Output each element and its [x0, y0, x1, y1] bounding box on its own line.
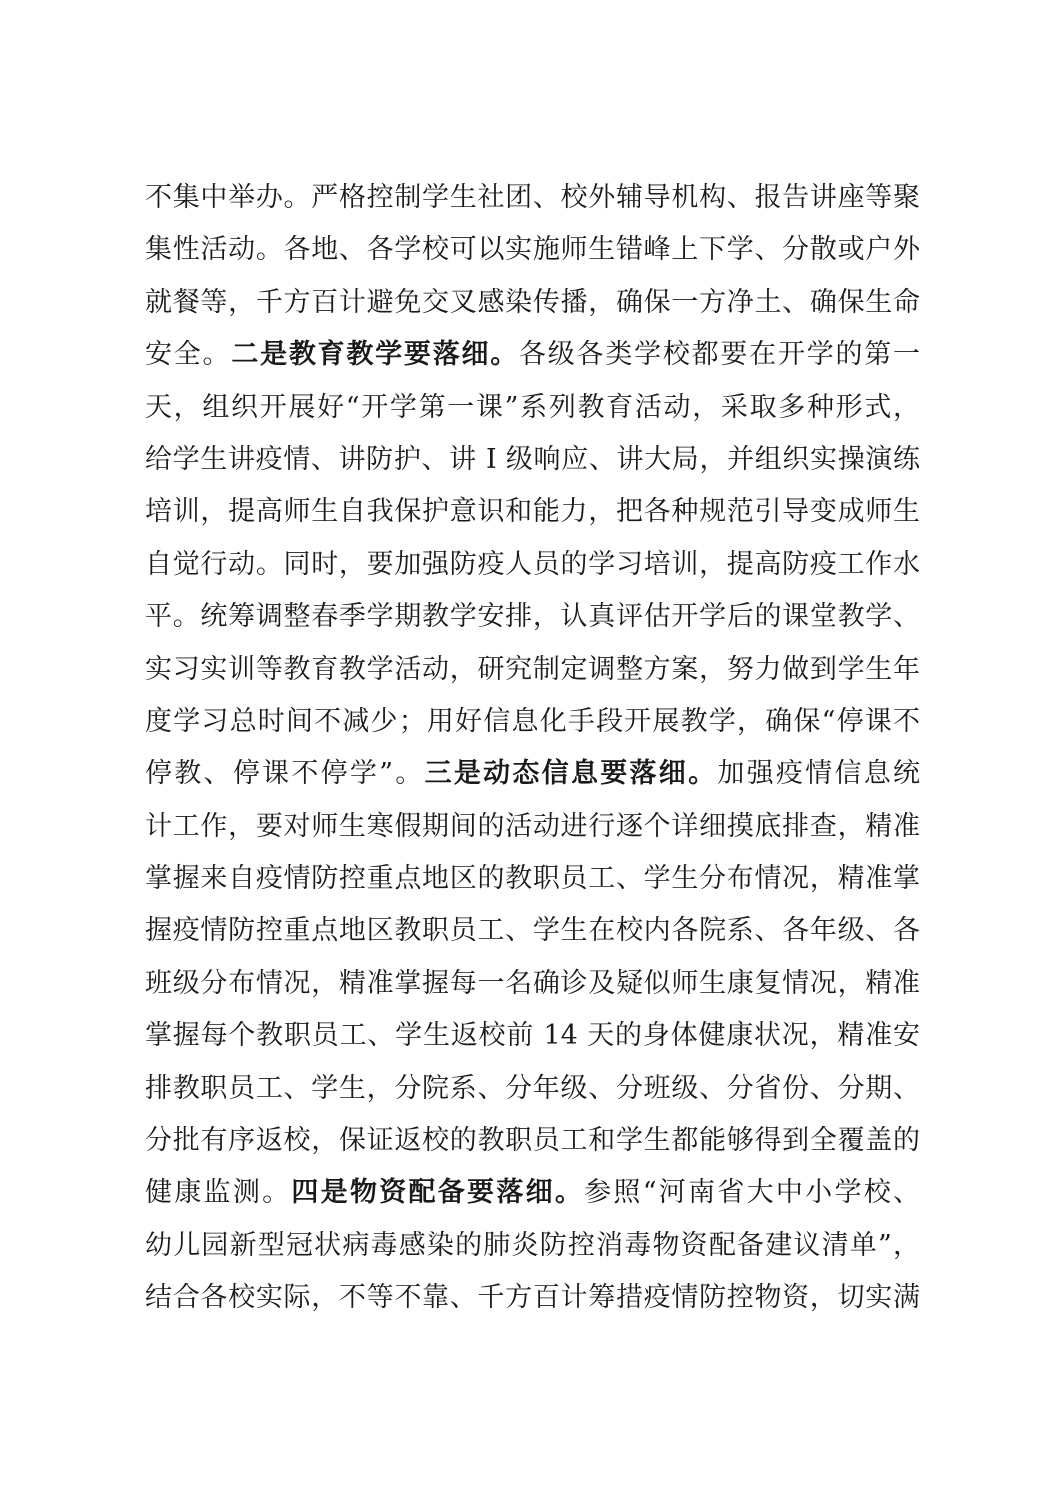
text-line: 不集中举办。严格控制学生社团、校外辅导机构、报告讲座等聚 [145, 172, 920, 224]
bold-heading-segment: 四是物资配备要落细。 [291, 1177, 584, 1208]
text-segment: 健康监测。 [145, 1177, 291, 1208]
text-segment: 就餐等，千方百计避免交叉感染传播，确保一方净土、确保生命 [145, 287, 920, 318]
text-line: 安全。二是教育教学要落细。各级各类学校都要在开学的第一 [145, 329, 920, 381]
text-segment: 各级各类学校都要在开学的第一 [519, 339, 920, 370]
text-line: 结合各校实际，不等不靠、千方百计筹措疫情防控物资，切实满 [145, 1272, 920, 1324]
text-line: 掌握来自疫情防控重点地区的教职员工、学生分布情况，精准掌 [145, 853, 920, 905]
bold-heading-segment: 二是教育教学要落细。 [231, 339, 519, 370]
text-segment: 结合各校实际，不等不靠、千方百计筹措疫情防控物资，切实满 [145, 1282, 920, 1313]
text-segment: 停教、停课不停学”。 [145, 758, 425, 789]
text-line: 停教、停课不停学”。三是动态信息要落细。加强疫情信息统 [145, 748, 920, 800]
text-line: 分批有序返校，保证返校的教职员工和学生都能够得到全覆盖的 [145, 1115, 920, 1167]
text-segment: 集性活动。各地、各学校可以实施师生错峰上下学、分散或户外 [145, 234, 920, 265]
text-segment: 给学生讲疫情、讲防护、讲 I 级响应、讲大局，并组织实操演练 [145, 444, 920, 475]
text-segment: 自觉行动。同时，要加强防疫人员的学习培训，提高防疫工作水 [145, 549, 920, 580]
text-line: 班级分布情况，精准掌握每一名确诊及疑似师生康复情况，精准 [145, 958, 920, 1010]
text-segment: 幼儿园新型冠状病毒感染的肺炎防控消毒物资配备建议清单”， [145, 1230, 920, 1261]
text-segment: 掌握每个教职员工、学生返校前 14 天的身体健康状况，精准安 [145, 1020, 920, 1051]
text-line: 就餐等，千方百计避免交叉感染传播，确保一方净土、确保生命 [145, 277, 920, 329]
text-segment: 排教职员工、学生，分院系、分年级、分班级、分省份、分期、 [145, 1073, 920, 1104]
text-line: 实习实训等教育教学活动，研究制定调整方案，努力做到学生年 [145, 644, 920, 696]
text-line: 天，组织开展好“开学第一课”系列教育活动，采取多种形式， [145, 382, 920, 434]
text-segment: 握疫情防控重点地区教职员工、学生在校内各院系、各年级、各 [145, 915, 920, 946]
text-line: 健康监测。四是物资配备要落细。参照“河南省大中小学校、 [145, 1167, 920, 1219]
text-segment: 不集中举办。严格控制学生社团、校外辅导机构、报告讲座等聚 [145, 182, 920, 213]
text-line: 集性活动。各地、各学校可以实施师生错峰上下学、分散或户外 [145, 224, 920, 276]
text-segment: 分批有序返校，保证返校的教职员工和学生都能够得到全覆盖的 [145, 1125, 920, 1156]
text-line: 自觉行动。同时，要加强防疫人员的学习培训，提高防疫工作水 [145, 539, 920, 591]
document-page: 不集中举办。严格控制学生社团、校外辅导机构、报告讲座等聚集性活动。各地、各学校可… [0, 0, 1060, 1500]
text-segment: 培训，提高师生自我保护意识和能力，把各种规范引导变成师生 [145, 496, 920, 527]
text-line: 掌握每个教职员工、学生返校前 14 天的身体健康状况，精准安 [145, 1010, 920, 1062]
text-line: 计工作，要对师生寒假期间的活动进行逐个详细摸底排查，精准 [145, 801, 920, 853]
text-line: 排教职员工、学生，分院系、分年级、分班级、分省份、分期、 [145, 1063, 920, 1115]
text-line: 平。统筹调整春季学期教学安排，认真评估开学后的课堂教学、 [145, 591, 920, 643]
text-segment: 班级分布情况，精准掌握每一名确诊及疑似师生康复情况，精准 [145, 968, 920, 999]
text-segment: 天，组织开展好“开学第一课”系列教育活动，采取多种形式， [145, 392, 920, 423]
document-body: 不集中举办。严格控制学生社团、校外辅导机构、报告讲座等聚集性活动。各地、各学校可… [145, 172, 920, 1325]
text-segment: 计工作，要对师生寒假期间的活动进行逐个详细摸底排查，精准 [145, 811, 920, 842]
text-line: 握疫情防控重点地区教职员工、学生在校内各院系、各年级、各 [145, 905, 920, 957]
text-segment: 安全。 [145, 339, 231, 370]
text-segment: 参照“河南省大中小学校、 [584, 1177, 920, 1208]
text-line: 给学生讲疫情、讲防护、讲 I 级响应、讲大局，并组织实操演练 [145, 434, 920, 486]
text-segment: 加强疫情信息统 [717, 758, 920, 789]
text-line: 度学习总时间不减少；用好信息化手段开展教学，确保“停课不 [145, 696, 920, 748]
text-segment: 度学习总时间不减少；用好信息化手段开展教学，确保“停课不 [145, 706, 920, 737]
text-segment: 掌握来自疫情防控重点地区的教职员工、学生分布情况，精准掌 [145, 863, 920, 894]
text-segment: 实习实训等教育教学活动，研究制定调整方案，努力做到学生年 [145, 654, 920, 685]
text-segment: 平。统筹调整春季学期教学安排，认真评估开学后的课堂教学、 [145, 601, 920, 632]
text-line: 培训，提高师生自我保护意识和能力，把各种规范引导变成师生 [145, 486, 920, 538]
bold-heading-segment: 三是动态信息要落细。 [425, 758, 718, 789]
text-line: 幼儿园新型冠状病毒感染的肺炎防控消毒物资配备建议清单”， [145, 1220, 920, 1272]
